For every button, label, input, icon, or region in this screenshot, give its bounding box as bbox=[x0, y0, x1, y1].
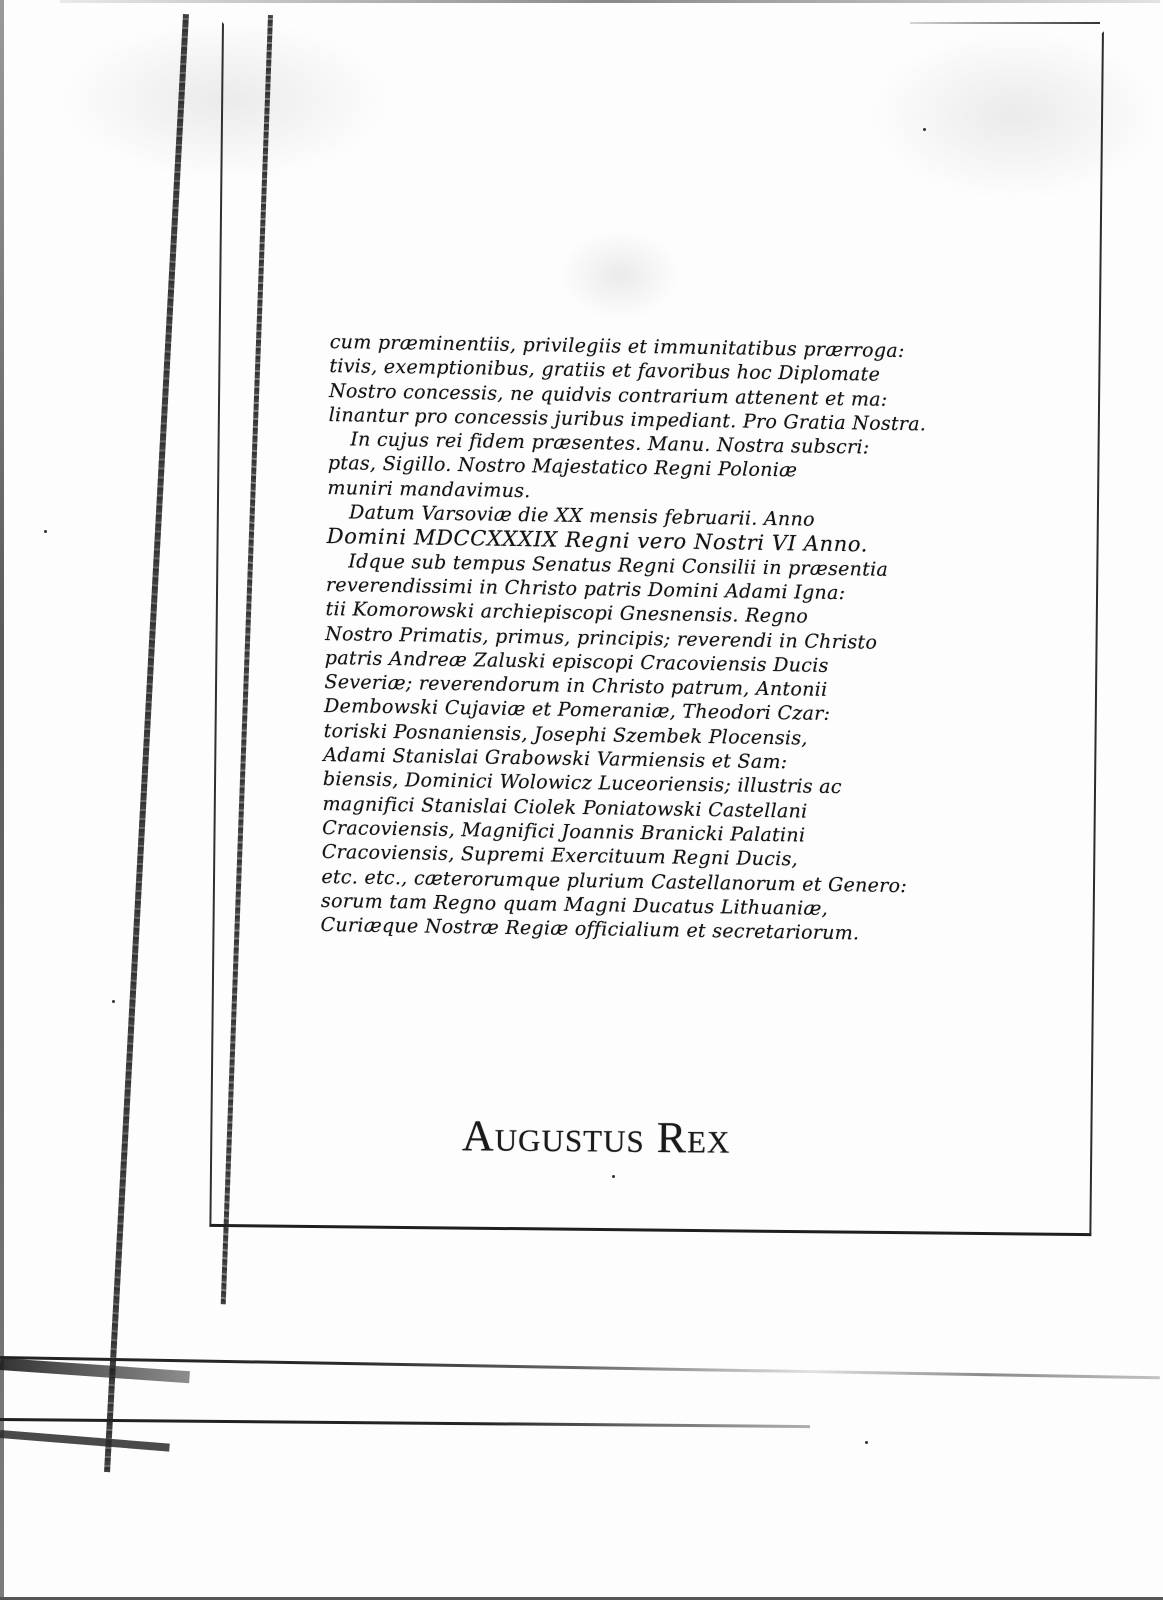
binding-line-outer bbox=[104, 14, 189, 1472]
scan-speck bbox=[612, 1175, 615, 1178]
scan-speck bbox=[112, 1000, 115, 1003]
scan-speck bbox=[865, 1441, 868, 1444]
royal-signature: Augustus Rex bbox=[462, 1110, 862, 1164]
horizontal-rule-lower bbox=[0, 1418, 810, 1428]
fold-shadow bbox=[0, 1430, 170, 1452]
scan-top-edge bbox=[60, 0, 1160, 3]
document-frame-top-edge bbox=[910, 22, 1100, 24]
scanned-page: cum præminentiis, privilegiis et immunit… bbox=[0, 0, 1163, 1600]
manuscript-text-block: cum præminentiis, privilegiis et immunit… bbox=[320, 330, 1049, 949]
scan-speck bbox=[923, 128, 926, 131]
scan-speck bbox=[44, 530, 47, 533]
